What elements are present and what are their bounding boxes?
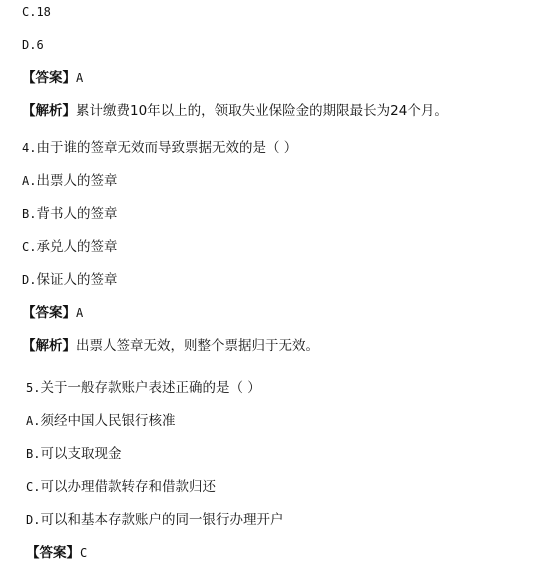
question-5-option-b: B.可以支取现金 — [26, 445, 121, 463]
option-label: C. — [22, 240, 36, 254]
question-4-option-b: B.背书人的签章 — [22, 205, 117, 223]
option-label: B. — [22, 207, 36, 221]
question-5-option-d: D.可以和基本存款账户的同一银行办理开户 — [26, 511, 283, 529]
option-text: 可以办理借款转存和借款归还 — [40, 479, 216, 495]
question-5-answer: 【答案】C — [26, 544, 87, 562]
question-4-stem: 4.由于谁的签章无效而导致票据无效的是（ ） — [22, 139, 297, 157]
question-5-option-a: A.须经中国人民银行核准 — [26, 412, 175, 430]
option-label: D. — [22, 273, 36, 287]
option-d: D.6 — [22, 36, 44, 54]
option-text: 可以支取现金 — [40, 446, 121, 462]
answer-tag: 【答案】 — [22, 70, 76, 86]
option-text: 保证人的签章 — [36, 272, 117, 288]
question-4-option-c: C.承兑人的签章 — [22, 238, 117, 256]
question-text: 关于一般存款账户表述正确的是（ ） — [40, 380, 260, 396]
answer-value: A — [76, 71, 83, 85]
option-text: 承兑人的签章 — [36, 239, 117, 255]
question-number: 4. — [22, 141, 36, 155]
option-label: A. — [26, 414, 40, 428]
answer-value: A — [76, 306, 83, 320]
analysis-text: 累计缴费10年以上的，领取失业保险金的期限最长为24个月。 — [76, 103, 448, 119]
option-text: 出票人的签章 — [36, 173, 117, 189]
analysis-text: 出票人签章无效，则整个票据归于无效。 — [76, 338, 319, 354]
answer-tag: 【答案】 — [22, 305, 76, 321]
option-label: C. — [26, 480, 40, 494]
question-text: 由于谁的签章无效而导致票据无效的是（ ） — [36, 140, 297, 156]
analysis-tag: 【解析】 — [22, 103, 76, 119]
option-label: D. — [26, 513, 40, 527]
option-c: C.18 — [22, 3, 51, 21]
question-5-option-c: C.可以办理借款转存和借款归还 — [26, 478, 216, 496]
answer-line: 【答案】A — [22, 69, 83, 87]
question-4-answer: 【答案】A — [22, 304, 83, 322]
option-label: D. — [22, 38, 36, 52]
option-label: A. — [22, 174, 36, 188]
option-text: 须经中国人民银行核准 — [40, 413, 175, 429]
question-4-analysis: 【解析】出票人签章无效，则整个票据归于无效。 — [22, 337, 319, 355]
answer-value: C — [80, 546, 87, 560]
answer-tag: 【答案】 — [26, 545, 80, 561]
option-text: 背书人的签章 — [36, 206, 117, 222]
option-text: 6 — [36, 38, 43, 52]
question-number: 5. — [26, 381, 40, 395]
question-4-option-d: D.保证人的签章 — [22, 271, 117, 289]
analysis-line: 【解析】累计缴费10年以上的，领取失业保险金的期限最长为24个月。 — [22, 102, 448, 120]
option-text: 可以和基本存款账户的同一银行办理开户 — [40, 512, 283, 528]
option-label: B. — [26, 447, 40, 461]
analysis-tag: 【解析】 — [22, 338, 76, 354]
question-5-stem: 5.关于一般存款账户表述正确的是（ ） — [26, 379, 261, 397]
option-text: 18 — [36, 5, 50, 19]
question-4-option-a: A.出票人的签章 — [22, 172, 117, 190]
option-label: C. — [22, 5, 36, 19]
